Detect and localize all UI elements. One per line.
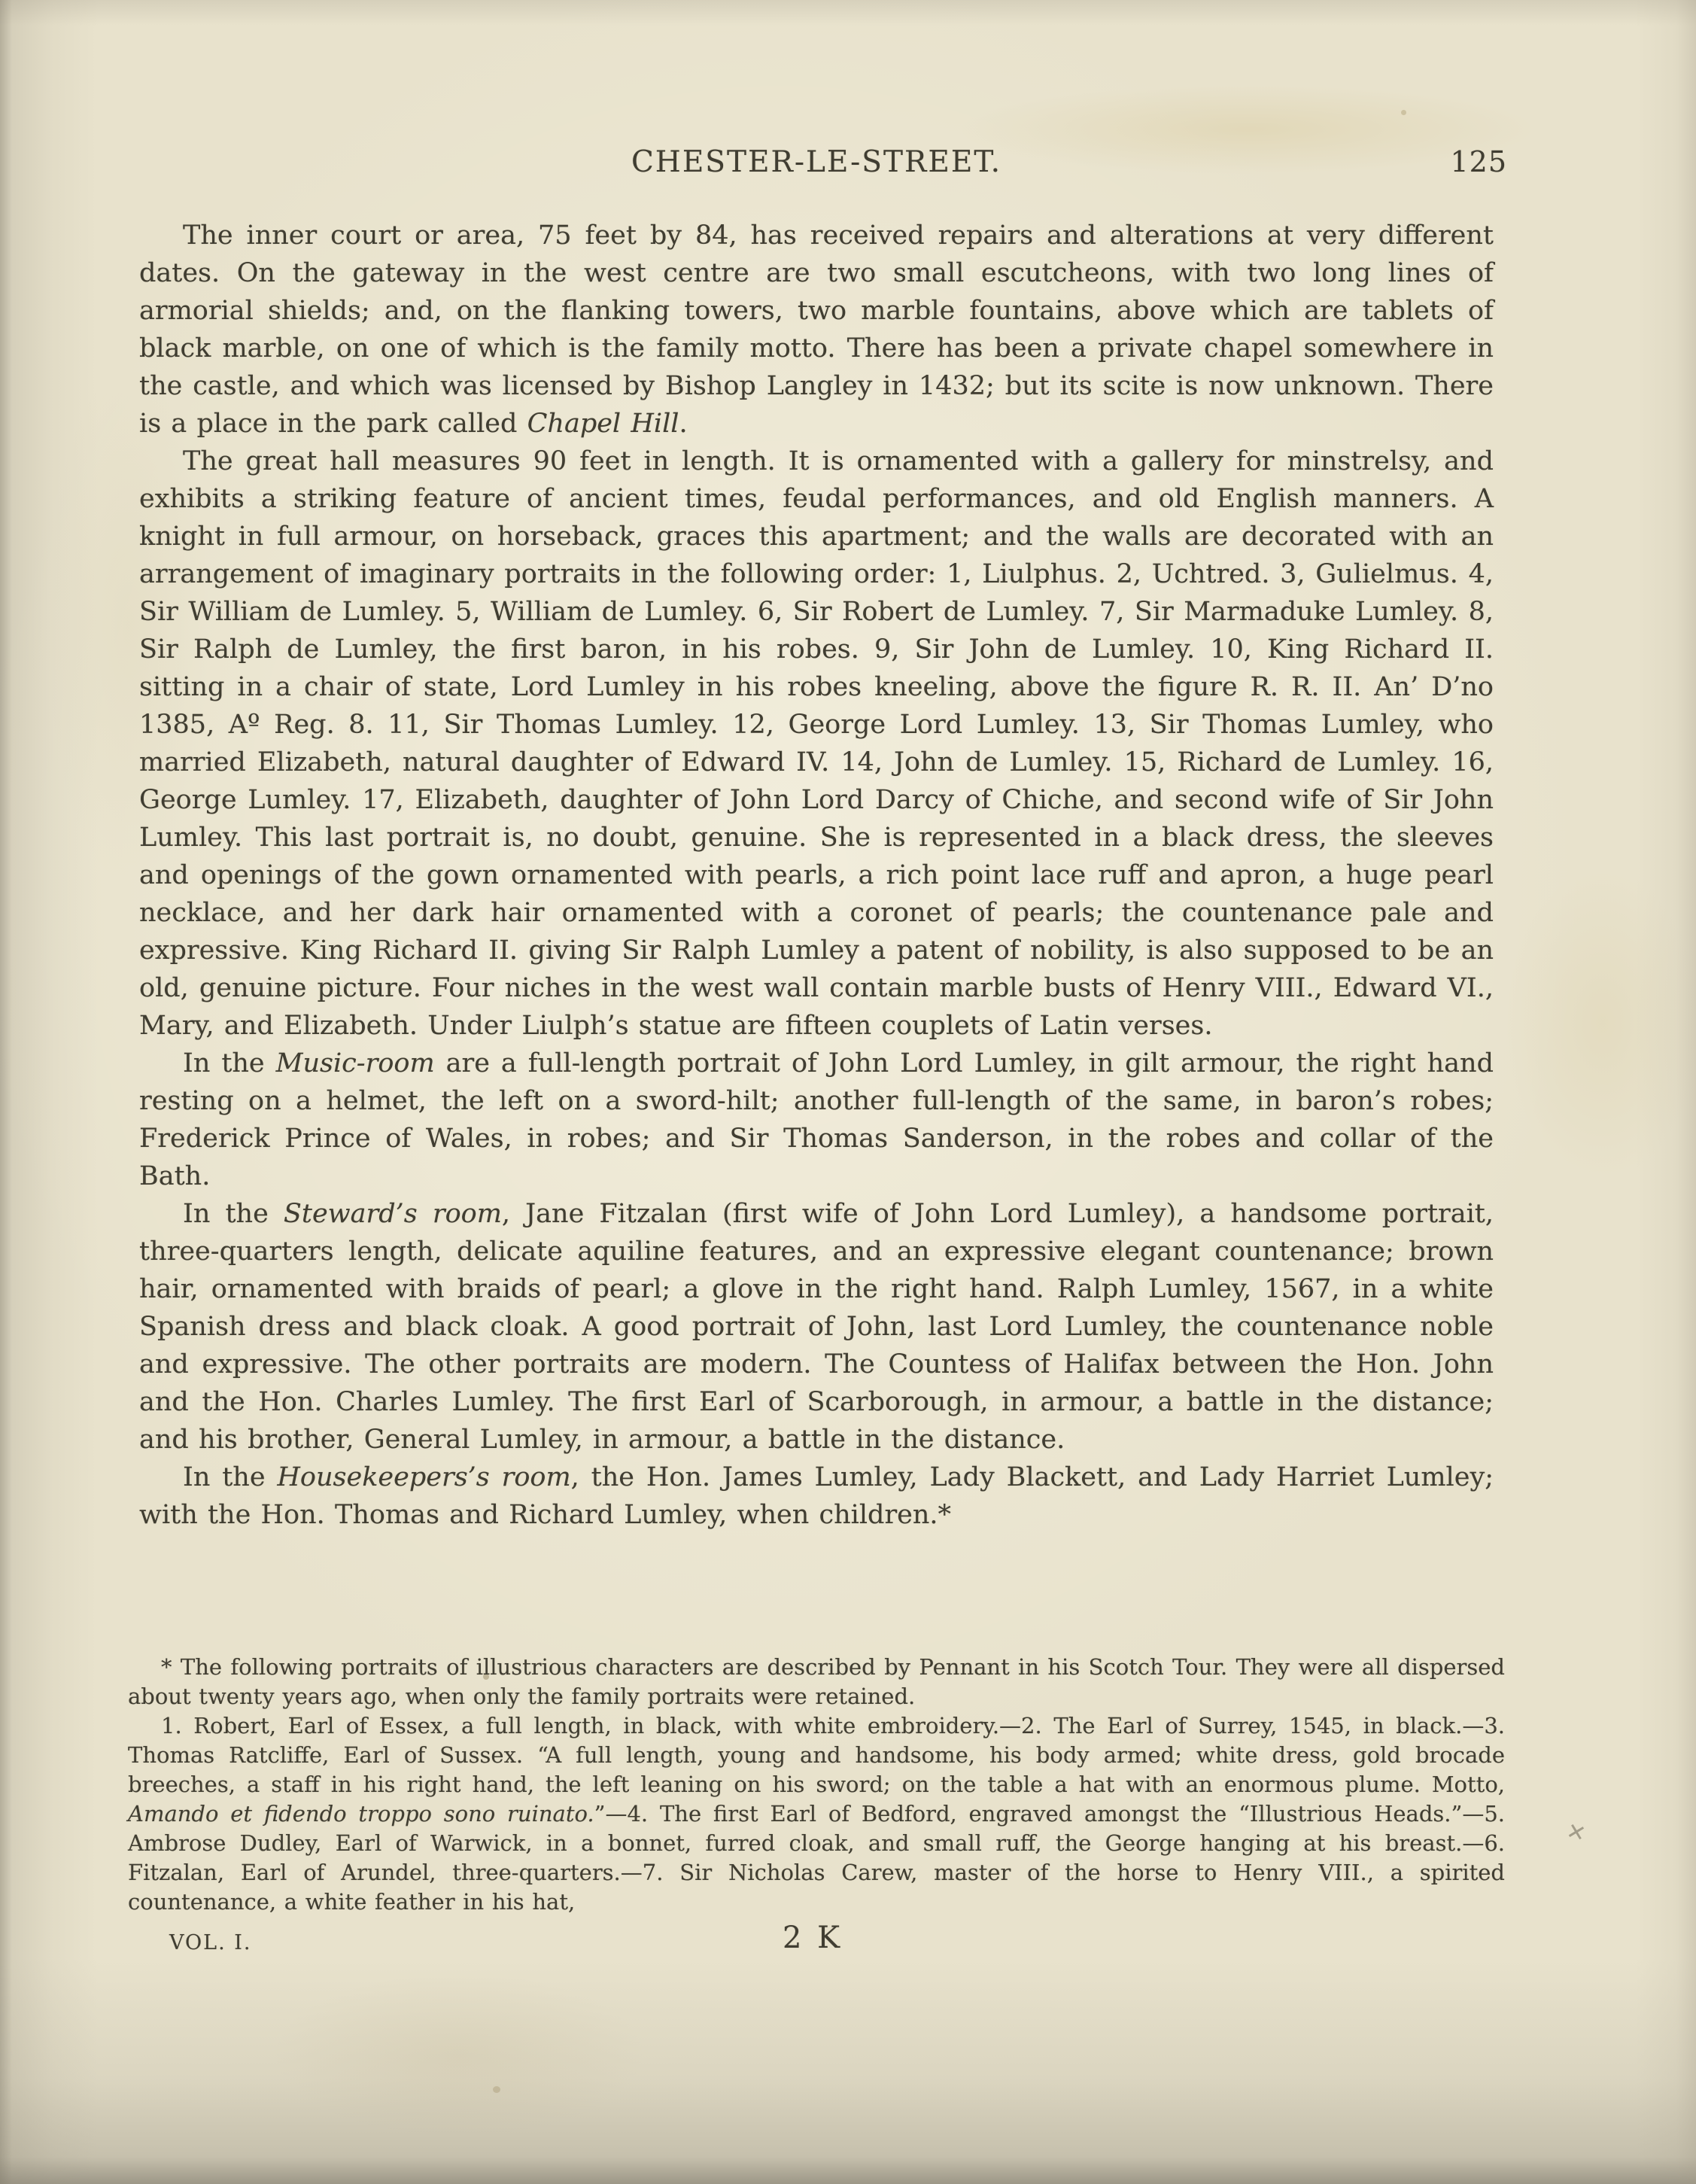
text-run: In the bbox=[183, 1462, 277, 1492]
paper-speck bbox=[493, 2086, 500, 2093]
page-number: 125 bbox=[1450, 145, 1507, 178]
footnote-paragraph: 1. Robert, Earl of Essex, a full length,… bbox=[128, 1711, 1505, 1917]
text-run: In the bbox=[183, 1048, 276, 1078]
text-run: 1. Robert, Earl of Essex, a full length,… bbox=[128, 1713, 1505, 1797]
text-run: The great hall measures 90 feet in lengt… bbox=[139, 446, 1494, 1041]
italic-run: Steward’s room bbox=[284, 1199, 502, 1229]
text-run: * The following portraits of illustrious… bbox=[128, 1654, 1505, 1709]
text-run: In the bbox=[183, 1199, 284, 1229]
paper-stain bbox=[271, 1972, 647, 2137]
paper-stain bbox=[1505, 865, 1696, 1182]
body-paragraph: In the Housekeepers’s room, the Hon. Jam… bbox=[139, 1459, 1494, 1534]
footnote-paragraph: * The following portraits of illustrious… bbox=[128, 1653, 1505, 1711]
italic-run: Housekeepers’s room bbox=[277, 1462, 570, 1492]
margin-pen-mark: ✕ bbox=[1564, 1817, 1588, 1848]
italic-run: Chapel Hill bbox=[527, 409, 679, 439]
paper-speck bbox=[1401, 110, 1406, 115]
signature-mark: 2 K bbox=[783, 1921, 843, 1955]
header-row: CHESTER-LE-STREET. 125 bbox=[139, 145, 1494, 190]
italic-run: Music-room bbox=[276, 1048, 435, 1078]
footnote-text: * The following portraits of illustrious… bbox=[128, 1653, 1505, 1917]
text-run: The inner court or area, 75 feet by 84, … bbox=[139, 221, 1494, 439]
text-run: . bbox=[679, 409, 687, 439]
text-run: , Jane Fitzalan (first wife of John Lord… bbox=[139, 1199, 1494, 1455]
scanned-book-page: ✕ CHESTER-LE-STREET. 125 The inner court… bbox=[0, 0, 1696, 2184]
body-paragraph: In the Music-room are a full-length port… bbox=[139, 1045, 1494, 1195]
body-text: The inner court or area, 75 feet by 84, … bbox=[139, 217, 1494, 1534]
body-paragraph: The great hall measures 90 feet in lengt… bbox=[139, 443, 1494, 1045]
body-paragraph: In the Steward’s room, Jane Fitzalan (fi… bbox=[139, 1195, 1494, 1459]
body-paragraph: The inner court or area, 75 feet by 84, … bbox=[139, 217, 1494, 443]
italic-run: Amando et fidendo troppo sono ruinato. bbox=[128, 1801, 594, 1827]
running-head: CHESTER-LE-STREET. bbox=[139, 145, 1494, 179]
footer-row: VOL. I. 2 K bbox=[139, 1921, 1494, 1966]
volume-label: VOL. I. bbox=[169, 1931, 252, 1954]
